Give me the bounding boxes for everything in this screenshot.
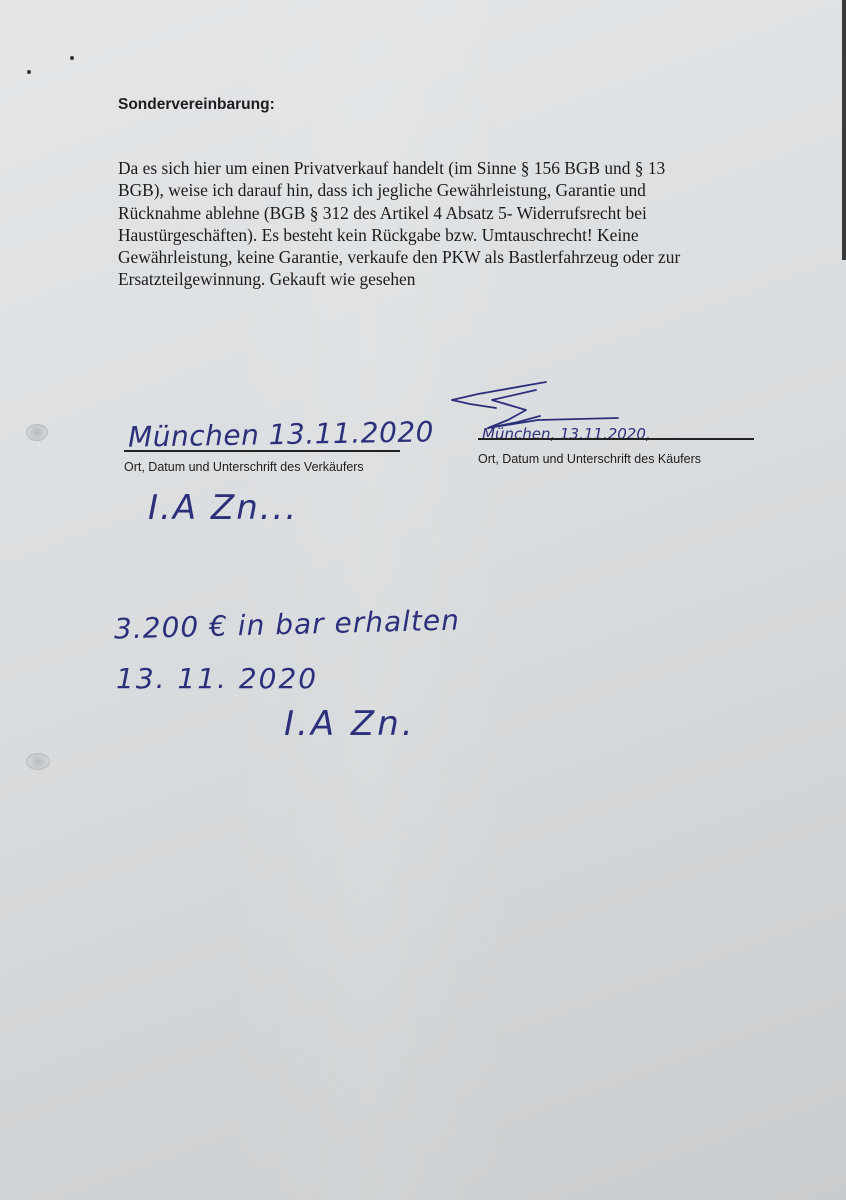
seller-place-date-handwritten: München 13.11.2020 bbox=[128, 415, 435, 453]
agreement-line: Da es sich hier um einen Privatverkauf h… bbox=[118, 157, 798, 179]
cash-receipt-signature: I.A Zn. bbox=[284, 704, 416, 744]
document-heading: Sondervereinbarung: bbox=[118, 96, 275, 114]
agreement-line: BGB), weise ich darauf hin, dass ich jeg… bbox=[118, 179, 798, 201]
punch-hole bbox=[26, 753, 50, 770]
agreement-line: Haustürgeschäften). Es besteht kein Rück… bbox=[118, 224, 798, 246]
paper-speck bbox=[27, 70, 31, 74]
agreement-text: Da es sich hier um einen Privatverkauf h… bbox=[118, 157, 798, 291]
buyer-place-date-handwritten: München, 13.11.2020, bbox=[482, 425, 651, 443]
agreement-line: Ersatzteilgewinnung. Gekauft wie gesehen bbox=[118, 268, 798, 290]
buyer-signature-line bbox=[478, 438, 754, 440]
buyer-signature-label: Ort, Datum und Unterschrift des Käufers bbox=[478, 452, 701, 466]
background-edge bbox=[842, 0, 846, 260]
cash-receipt-note: 3.200 € in bar erhalten bbox=[114, 603, 461, 645]
paper-speck bbox=[70, 56, 74, 60]
seller-signature-line bbox=[124, 450, 400, 452]
cash-receipt-date: 13. 11. 2020 bbox=[116, 662, 318, 695]
agreement-line: Gewährleistung, keine Garantie, verkaufe… bbox=[118, 246, 798, 268]
punch-hole bbox=[26, 424, 48, 441]
seller-signature-handwritten: I.A Zn... bbox=[148, 488, 298, 528]
seller-signature-label: Ort, Datum und Unterschrift des Verkäufe… bbox=[124, 460, 364, 474]
agreement-line: Rücknahme ablehne (BGB § 312 des Artikel… bbox=[118, 202, 798, 224]
